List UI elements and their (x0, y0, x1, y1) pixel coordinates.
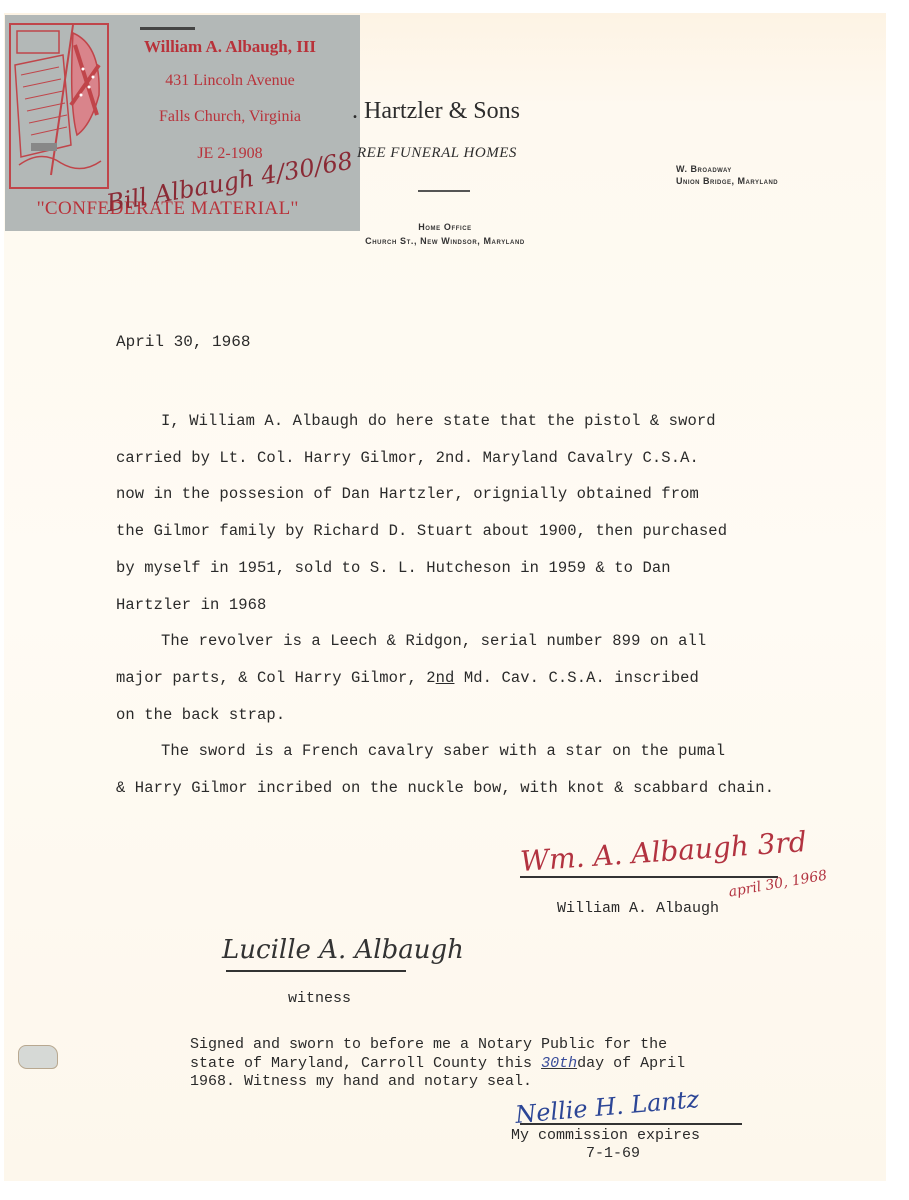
notary-line: Signed and sworn to before me a Notary P… (190, 1036, 685, 1055)
body-line: I, William A. Albaugh do here state that… (116, 403, 876, 440)
body-line: by myself in 1951, sold to S. L. Hutches… (116, 550, 876, 587)
notary-signature-line (520, 1123, 742, 1125)
body-line: major parts, & Col Harry Gilmor, 2nd Md.… (116, 660, 876, 697)
letterhead-branch-address: W. Broadway Union Bridge, Maryland (676, 163, 778, 187)
notary-line: state of Maryland, Carroll County this 3… (190, 1055, 685, 1074)
branch-line-1: W. Broadway (676, 163, 778, 175)
paper-clip-remnant (18, 1045, 58, 1069)
witness-label: witness (288, 990, 351, 1007)
signature-line (520, 876, 778, 878)
notary-commission: My commission expires 7-1-69 (511, 1127, 700, 1163)
letter-body: I, William A. Albaugh do here state that… (116, 403, 876, 807)
body-text-span: Md. Cav. C.S.A. inscribed (454, 669, 698, 687)
witness-signature-line (226, 970, 406, 972)
body-line: carried by Lt. Col. Harry Gilmor, 2nd. M… (116, 440, 876, 477)
branch-line-2: Union Bridge, Maryland (676, 175, 778, 187)
letter-date: April 30, 1968 (116, 333, 250, 351)
body-line: Hartzler in 1968 (116, 587, 876, 624)
notary-text-span: state of Maryland, Carroll County this (190, 1055, 541, 1072)
body-text-span: major parts, & Col Harry Gilmor, 2 (116, 669, 436, 687)
commission-label: My commission expires (511, 1127, 700, 1145)
home-office-address: Church St., New Windsor, Maryland (320, 234, 570, 248)
handwritten-day: 30th (541, 1055, 577, 1072)
notary-statement: Signed and sworn to before me a Notary P… (190, 1036, 685, 1092)
letterhead-firm-name: . Hartzler & Sons (352, 98, 520, 125)
letterhead-home-office: Home Office Church St., New Windsor, Mar… (320, 220, 570, 248)
card-address: 431 Lincoln Avenue (110, 72, 350, 90)
card-name: William A. Albaugh, III (110, 37, 350, 57)
body-line: The revolver is a Leech & Ridgon, serial… (116, 623, 876, 660)
commission-date: 7-1-69 (511, 1145, 700, 1163)
handwritten-witness-signature: Lucille A. Albaugh (222, 935, 464, 965)
body-line: The sword is a French cavalry saber with… (116, 733, 876, 770)
home-office-label: Home Office (320, 220, 570, 234)
confederate-flag-illustration (9, 23, 109, 189)
notary-line: 1968. Witness my hand and notary seal. (190, 1073, 685, 1092)
letterhead-subtitle: REE FUNERAL HOMES (357, 145, 517, 162)
card-city: Falls Church, Virginia (110, 108, 350, 126)
label-top-bar (140, 27, 195, 30)
body-line: the Gilmor family by Richard D. Stuart a… (116, 513, 876, 550)
notary-text-span: day of April (577, 1055, 685, 1072)
body-line: on the back strap. (116, 697, 876, 734)
underlined-ordinal: nd (436, 669, 455, 687)
letterhead-divider (418, 190, 470, 192)
business-card-label: William A. Albaugh, III 431 Lincoln Aven… (5, 15, 360, 231)
typed-signer-name: William A. Albaugh (557, 900, 719, 917)
body-line: now in the possesion of Dan Hartzler, or… (116, 476, 876, 513)
body-line: & Harry Gilmor incribed on the nuckle bo… (116, 770, 876, 807)
